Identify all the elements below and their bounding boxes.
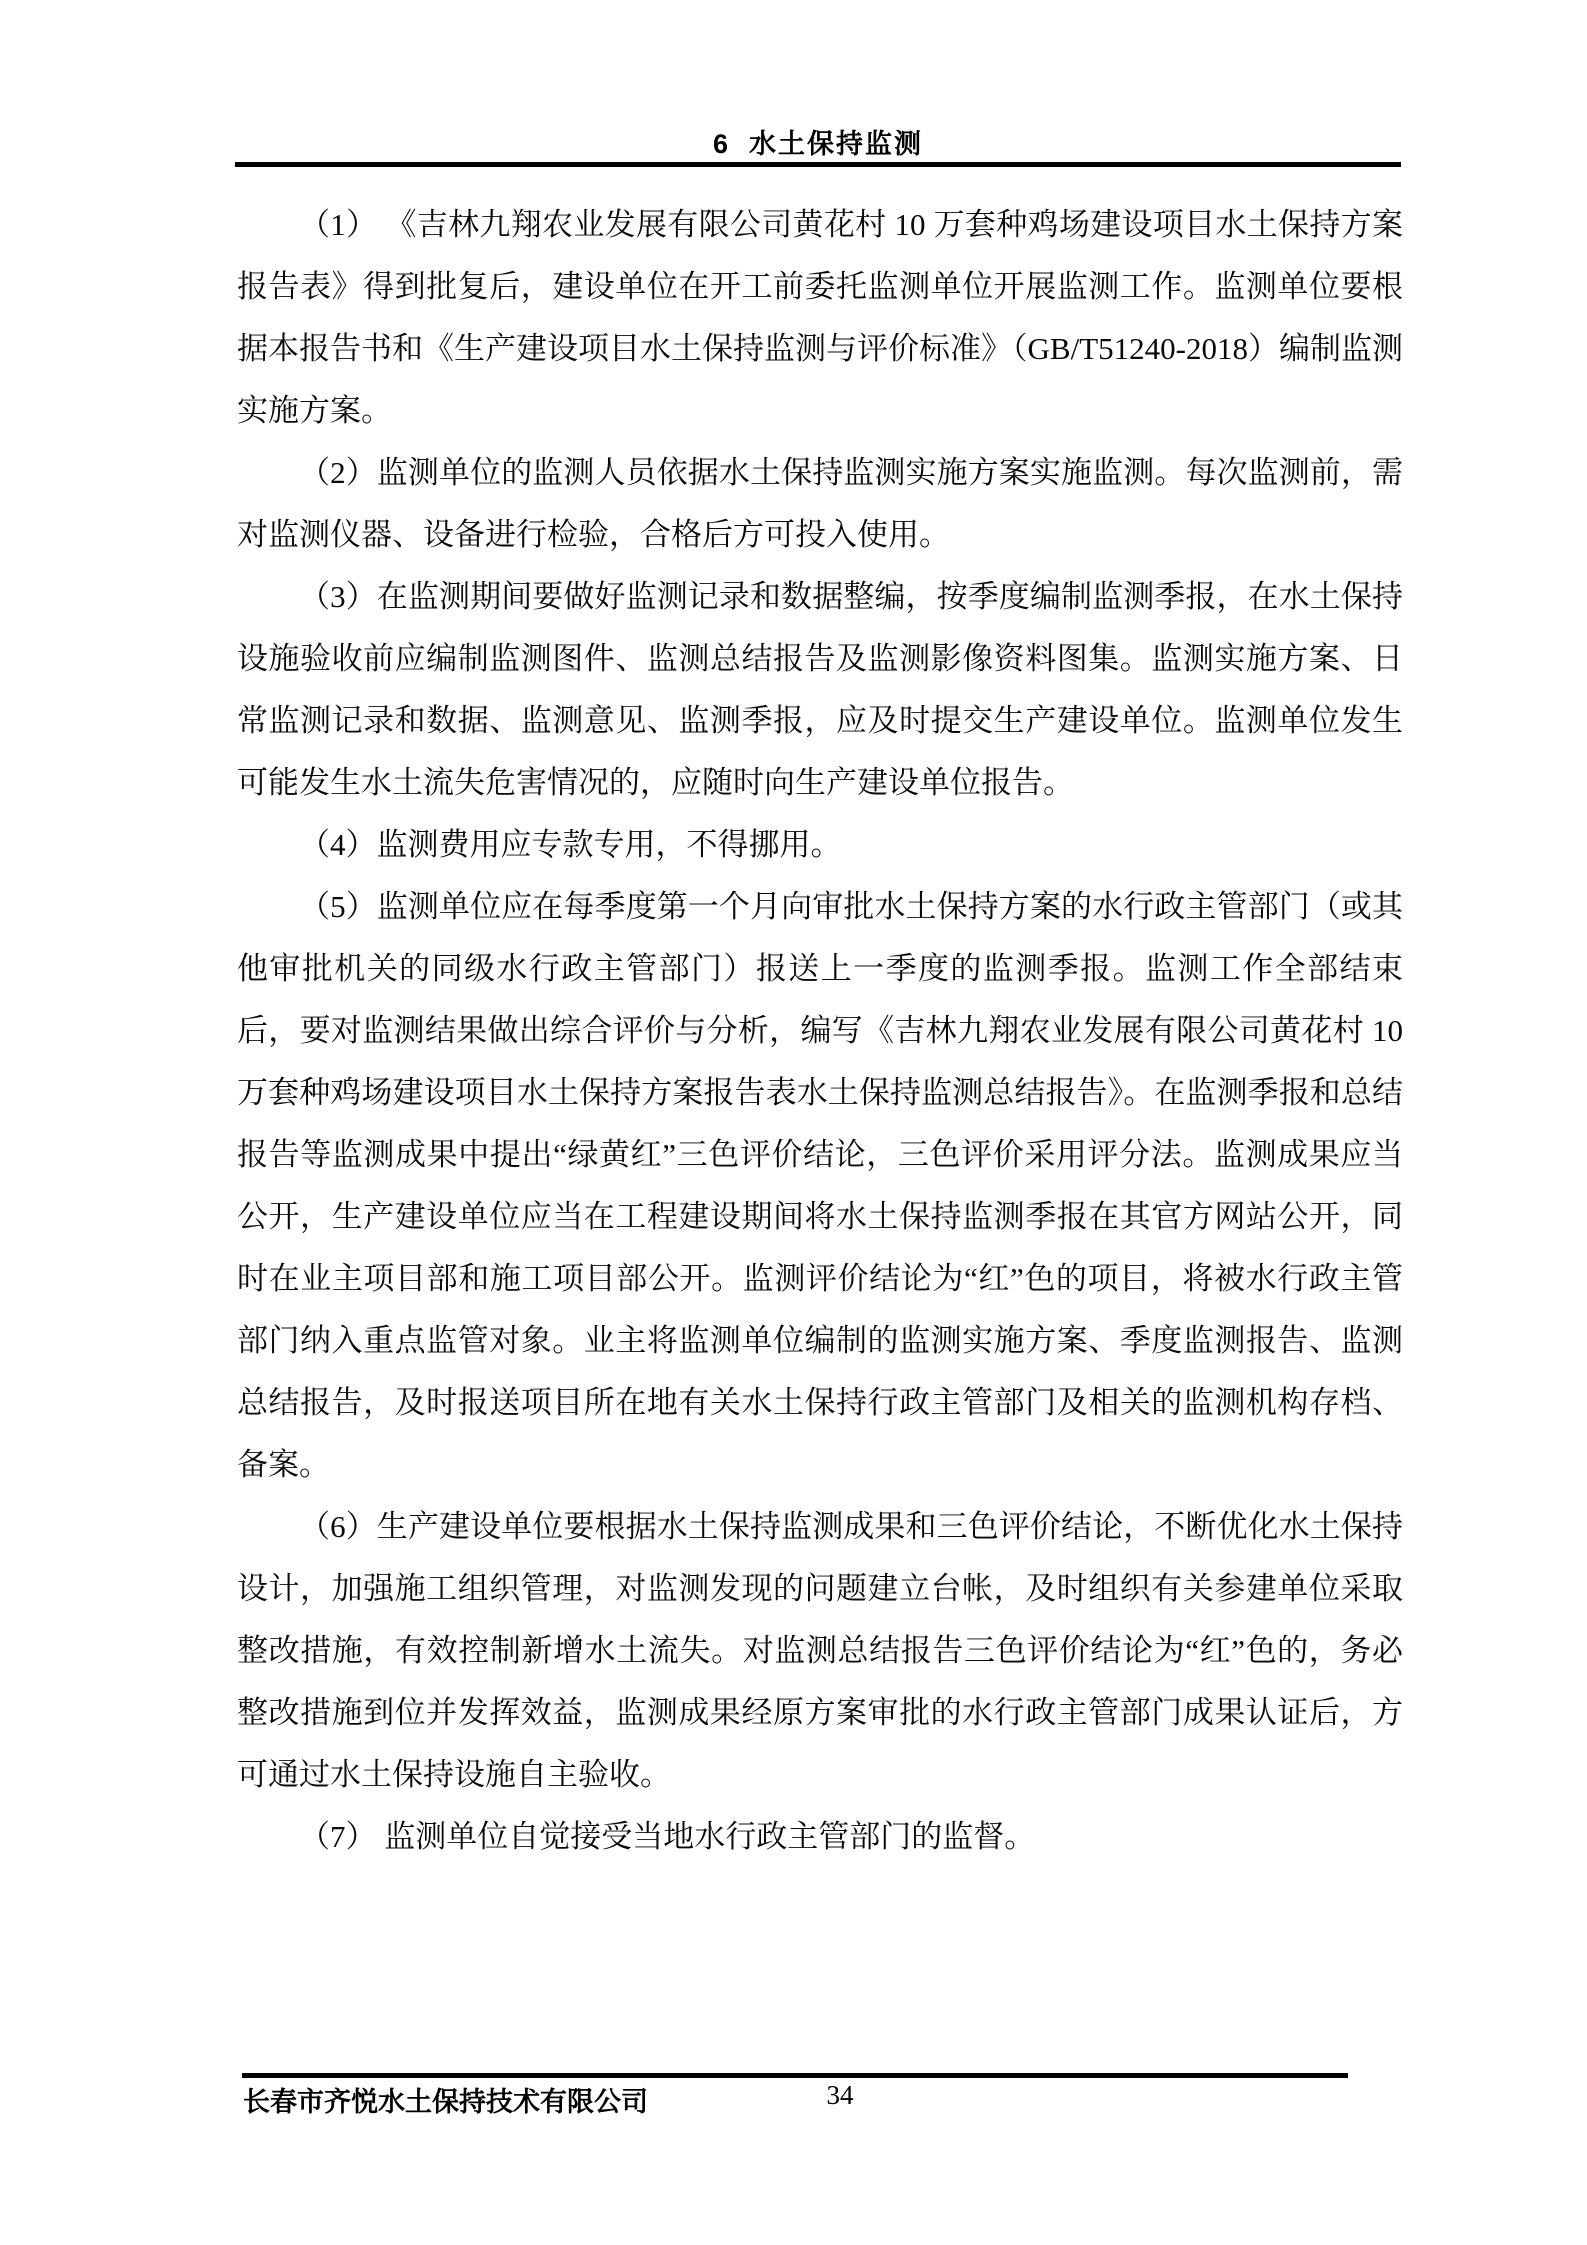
paragraph-2: （2）监测单位的监测人员依据水土保持监测实施方案实施监测。每次监测前，需对监测仪…: [237, 442, 1403, 566]
page-header-title: 6 水土保持监测: [235, 122, 1401, 161]
paragraph-5: （5）监测单位应在每季度第一个月向审批水土保持方案的水行政主管部门（或其他审批机…: [237, 876, 1403, 1496]
footer-rule: [242, 2073, 1348, 2078]
document-page: 6 水土保持监测 （1） 《吉林九翔农业发展有限公司黄花村 10 万套种鸡场建设…: [0, 0, 1587, 2245]
paragraph-1: （1） 《吉林九翔农业发展有限公司黄花村 10 万套种鸡场建设项目水土保持方案报…: [237, 194, 1403, 442]
paragraph-3: （3）在监测期间要做好监测记录和数据整编，按季度编制监测季报，在水土保持设施验收…: [237, 566, 1403, 814]
header-rule: [235, 162, 1401, 167]
paragraph-4: （4）监测费用应专款专用，不得挪用。: [237, 814, 1403, 876]
document-body: （1） 《吉林九翔农业发展有限公司黄花村 10 万套种鸡场建设项目水土保持方案报…: [237, 194, 1403, 1868]
paragraph-6: （6）生产建设单位要根据水土保持监测成果和三色评价结论，不断优化水土保持设计，加…: [237, 1496, 1403, 1806]
footer-company-name: 长春市齐悦水土保持技术有限公司: [243, 2080, 648, 2119]
paragraph-7: （7） 监测单位自觉接受当地水行政主管部门的监督。: [237, 1806, 1403, 1868]
footer-page-number: 34: [780, 2080, 900, 2111]
